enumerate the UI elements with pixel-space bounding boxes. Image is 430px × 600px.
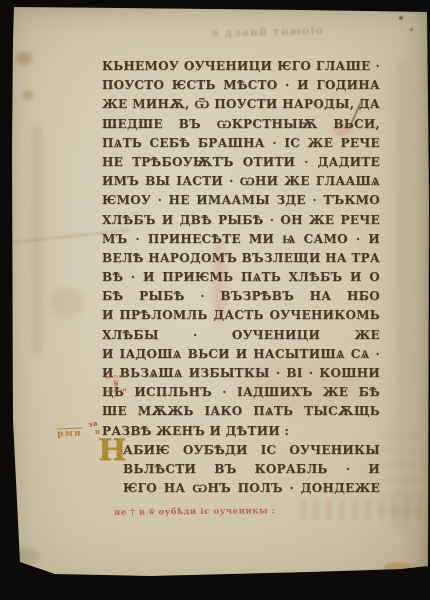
text-line: РАЗВѢ ЖЕНЪ И ДѢТИИ : [102,422,380,441]
rubric-line: не † в ѿ оубѣди іс оученикы : [114,505,276,518]
quire-pencil-mark: ѕ [13,538,20,552]
text-line: И ПРѢЛОМЛЬ ДАСТЬ ОУЧЕНИКОМЬ [102,306,380,325]
text-line: ВЬЛѢСТИ ВЪ КОРАБЛЬ · И ВАРИТИ [102,460,380,479]
text-line: ХЛѢБЫ · ОУЧЕНИЦИ ЖЕ НАРОДОМЬ [102,326,380,345]
margin-small-letter: н [95,427,100,436]
text-line: ВЕЛѢ НАРОДОМЪ ВЪЗЛЕЩИ НА ТРА [102,249,380,268]
stain [14,548,40,564]
british-museum-stamp: BRITISH ♛ MUSEUM [98,374,133,394]
faded-header-text: ѿ дланй тнюоіо [212,23,362,40]
stain [384,562,412,573]
text-line: ХЛѢБЪ И ДВѢ РЫБѢ · ОН ЖЕ РЕЧЕ И [102,211,380,230]
stain [16,52,32,65]
text-line: МЪ · ПРИНЕСѢТЕ МИ Ѩ САМО · И ПО [102,230,380,249]
text-line: ШЕ МѪЖЬ ІАКО ПѦТЬ ТЫСѪЩЬ [102,402,380,421]
text-block: КЬНЕМОУ ОУЧЕНИЦИ ѤГО ГЛАШЕ · ПОУСТО ѤСТЬ… [102,57,380,498]
text-line: ШЕДШЕ ВЪ ѠКРСТНЫѬ ВЬСИ, КОУ [102,115,380,134]
text-line: И ІАДОШѦ ВЬСИ И НАСЫТИШѦ СѦ · [102,345,380,364]
photo-canvas: ѿ дланй тнюоіо КЬНЕМОУ ОУЧЕНИЦИ ѤГО ГЛАШ… [0,0,430,600]
text-line: ВѢ · И ПРИѤМЬ ПѦТЬ ХЛѢБЪ И О [102,268,380,287]
text-line: ЖЕ МИНѪ, Ѿ ПОУСТИ НАРОДЫ, ДА [102,95,380,114]
show-through [300,500,422,520]
margin-section-number: рми [57,429,83,440]
text-line: АБИѤ ОУБѢДИ ІС ОУЧЕНИКЫ СВОѨ [102,441,380,460]
text-line: НЕ ТРѢБОУѬТЪ ОТИТИ · ДАДИТЕ [102,153,380,172]
text-line: ѤГО НА ѠНЪ ПОЛЪ · ДОНДЕЖЕ Ѿ ПОУ [102,479,380,498]
parchment-leaf: ѿ дланй тнюоіо КЬНЕМОУ ОУЧЕНИЦИ ѤГО ГЛАШ… [0,0,430,600]
text-line: И ВЬЗѦШѦ ИЗБЫТКЫ · ВІ · КОШНИ [102,364,380,383]
illuminated-initial: Н [98,436,126,466]
text-line: ПОУСТО ѤСТЬ МѢСТО · И ГОДИНА ОУ [102,76,380,95]
text-line: ЦЬ ИСПЛЬНЪ · ІАДШИХЪ ЖЕ БѢ [102,383,380,402]
text-line: ПѦТЬ СЕБѢ БРАШНА · ІС ЖЕ РЕЧЕ ИМЪ [102,134,380,153]
text-line: КЬНЕМОУ ОУЧЕНИЦИ ѤГО ГЛАШЕ · [102,57,380,76]
stain [50,288,84,318]
text-line: БѢ РЫБѢ · ВЪЗРѢВЪ НА НБО БЛГВИ · [102,287,380,306]
text-line: ИМЪ ВЫ ІАСТИ · ѠНИ ЖЕ ГЛААШѦ — [102,172,380,191]
stain [410,28,413,31]
stain [22,90,33,100]
text-line: ѤМОУ · НЕ ИМААМЫ ЗДЕ · ТЪКМО ПѦ [102,191,380,210]
stain [399,16,403,20]
